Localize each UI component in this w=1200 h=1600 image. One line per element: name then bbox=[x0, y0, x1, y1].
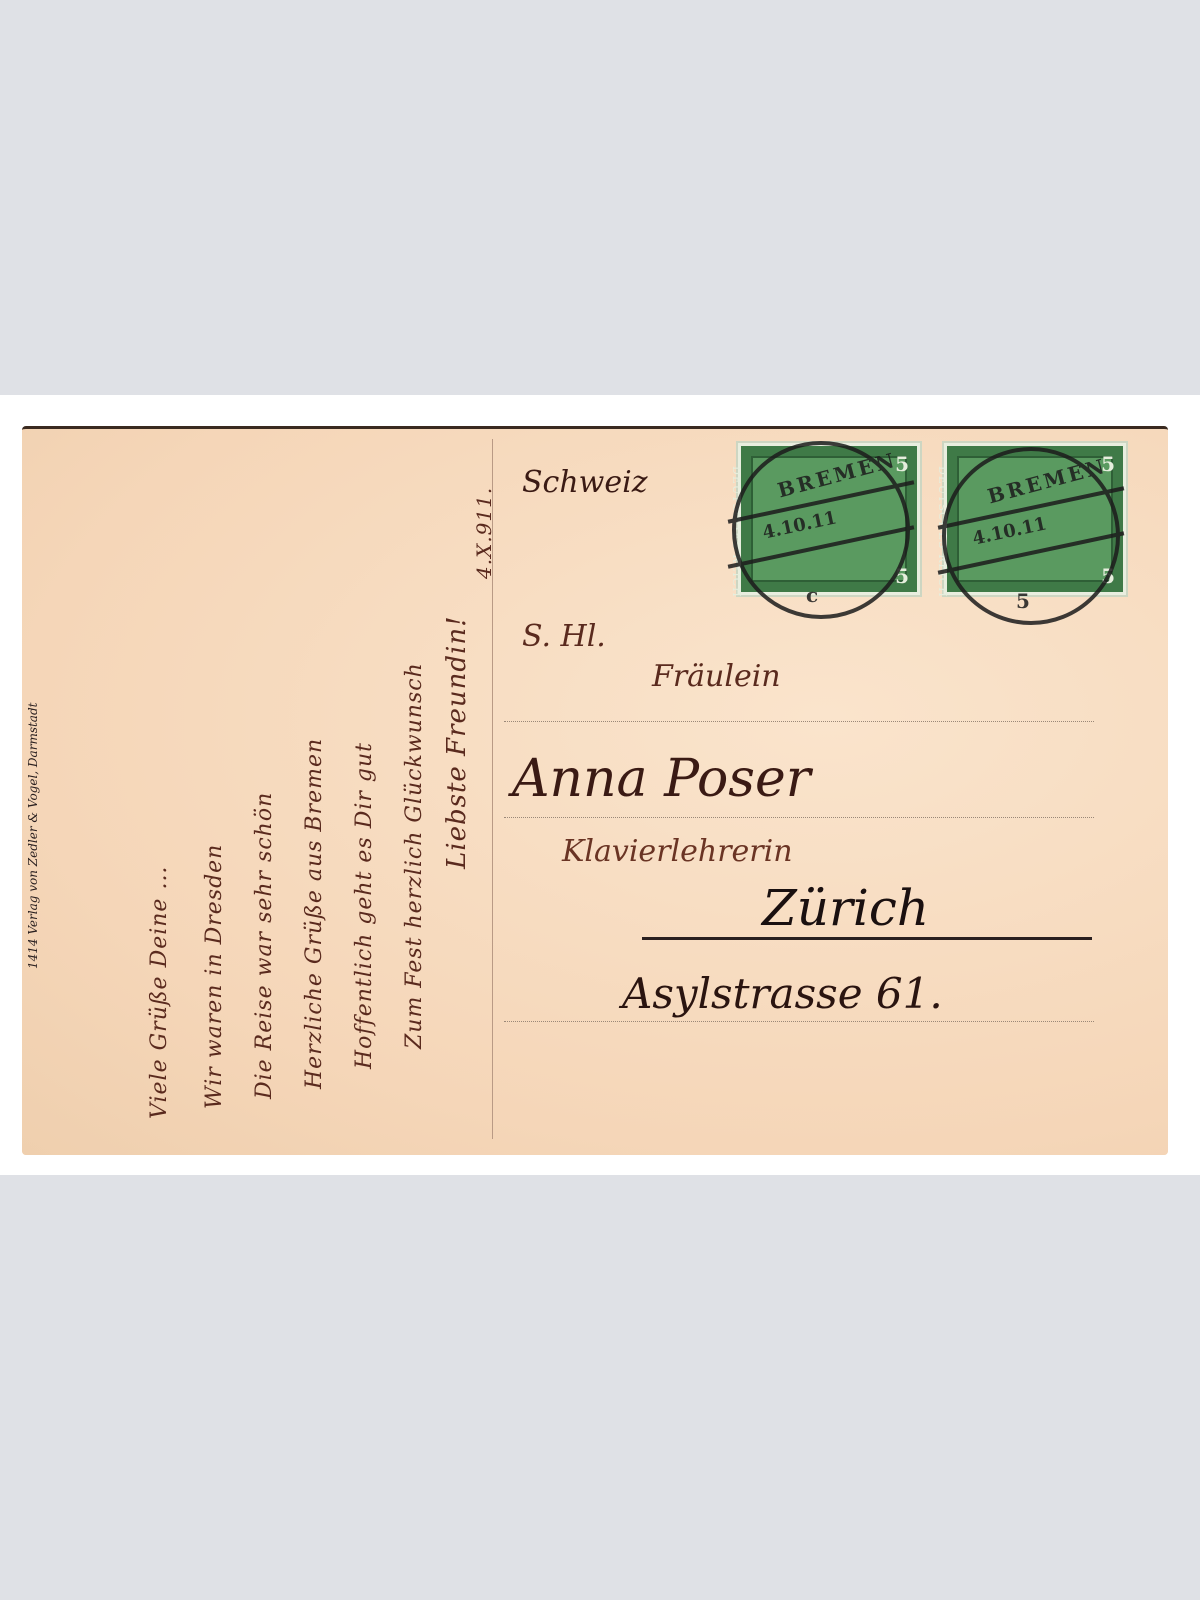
postmark: BREMEN 4.10.11 c bbox=[732, 441, 910, 619]
address-street: Asylstrasse 61. bbox=[622, 969, 943, 1018]
address-occupation: Klavierlehrerin bbox=[562, 834, 793, 869]
message-line: Hoffentlich geht es Dir gut bbox=[352, 742, 377, 1069]
address-line bbox=[504, 817, 1094, 818]
message-line: Herzliche Grüße aus Bremen bbox=[302, 738, 327, 1089]
postmark: BREMEN 4.10.11 5 bbox=[942, 447, 1120, 625]
publisher-imprint: 1414 Verlag von Zedler & Vogel, Darmstad… bbox=[26, 703, 40, 969]
message-greeting: Liebste Freundin! bbox=[442, 615, 472, 869]
address-name: Anna Poser bbox=[512, 749, 811, 809]
address-line bbox=[504, 721, 1094, 722]
message-line: Wir waren in Dresden bbox=[202, 844, 227, 1109]
message-line: Viele Grüße Deine ... bbox=[147, 866, 172, 1119]
address-salutation: S. Hl. bbox=[522, 619, 606, 654]
address-city-underline bbox=[642, 937, 1092, 940]
address-title: Fräulein bbox=[652, 659, 781, 694]
message-line: Die Reise war sehr schön bbox=[252, 792, 277, 1099]
postcard: 1414 Verlag von Zedler & Vogel, Darmstad… bbox=[22, 426, 1168, 1155]
route-note: Schweiz bbox=[522, 465, 648, 500]
card-divider bbox=[492, 439, 493, 1139]
address-city: Zürich bbox=[762, 879, 929, 937]
address-line bbox=[504, 1021, 1094, 1022]
message-area: 4.X.911. Liebste Freundin! Zum Fest herz… bbox=[52, 449, 482, 1129]
message-line: Zum Fest herzlich Glückwunsch bbox=[402, 662, 427, 1049]
